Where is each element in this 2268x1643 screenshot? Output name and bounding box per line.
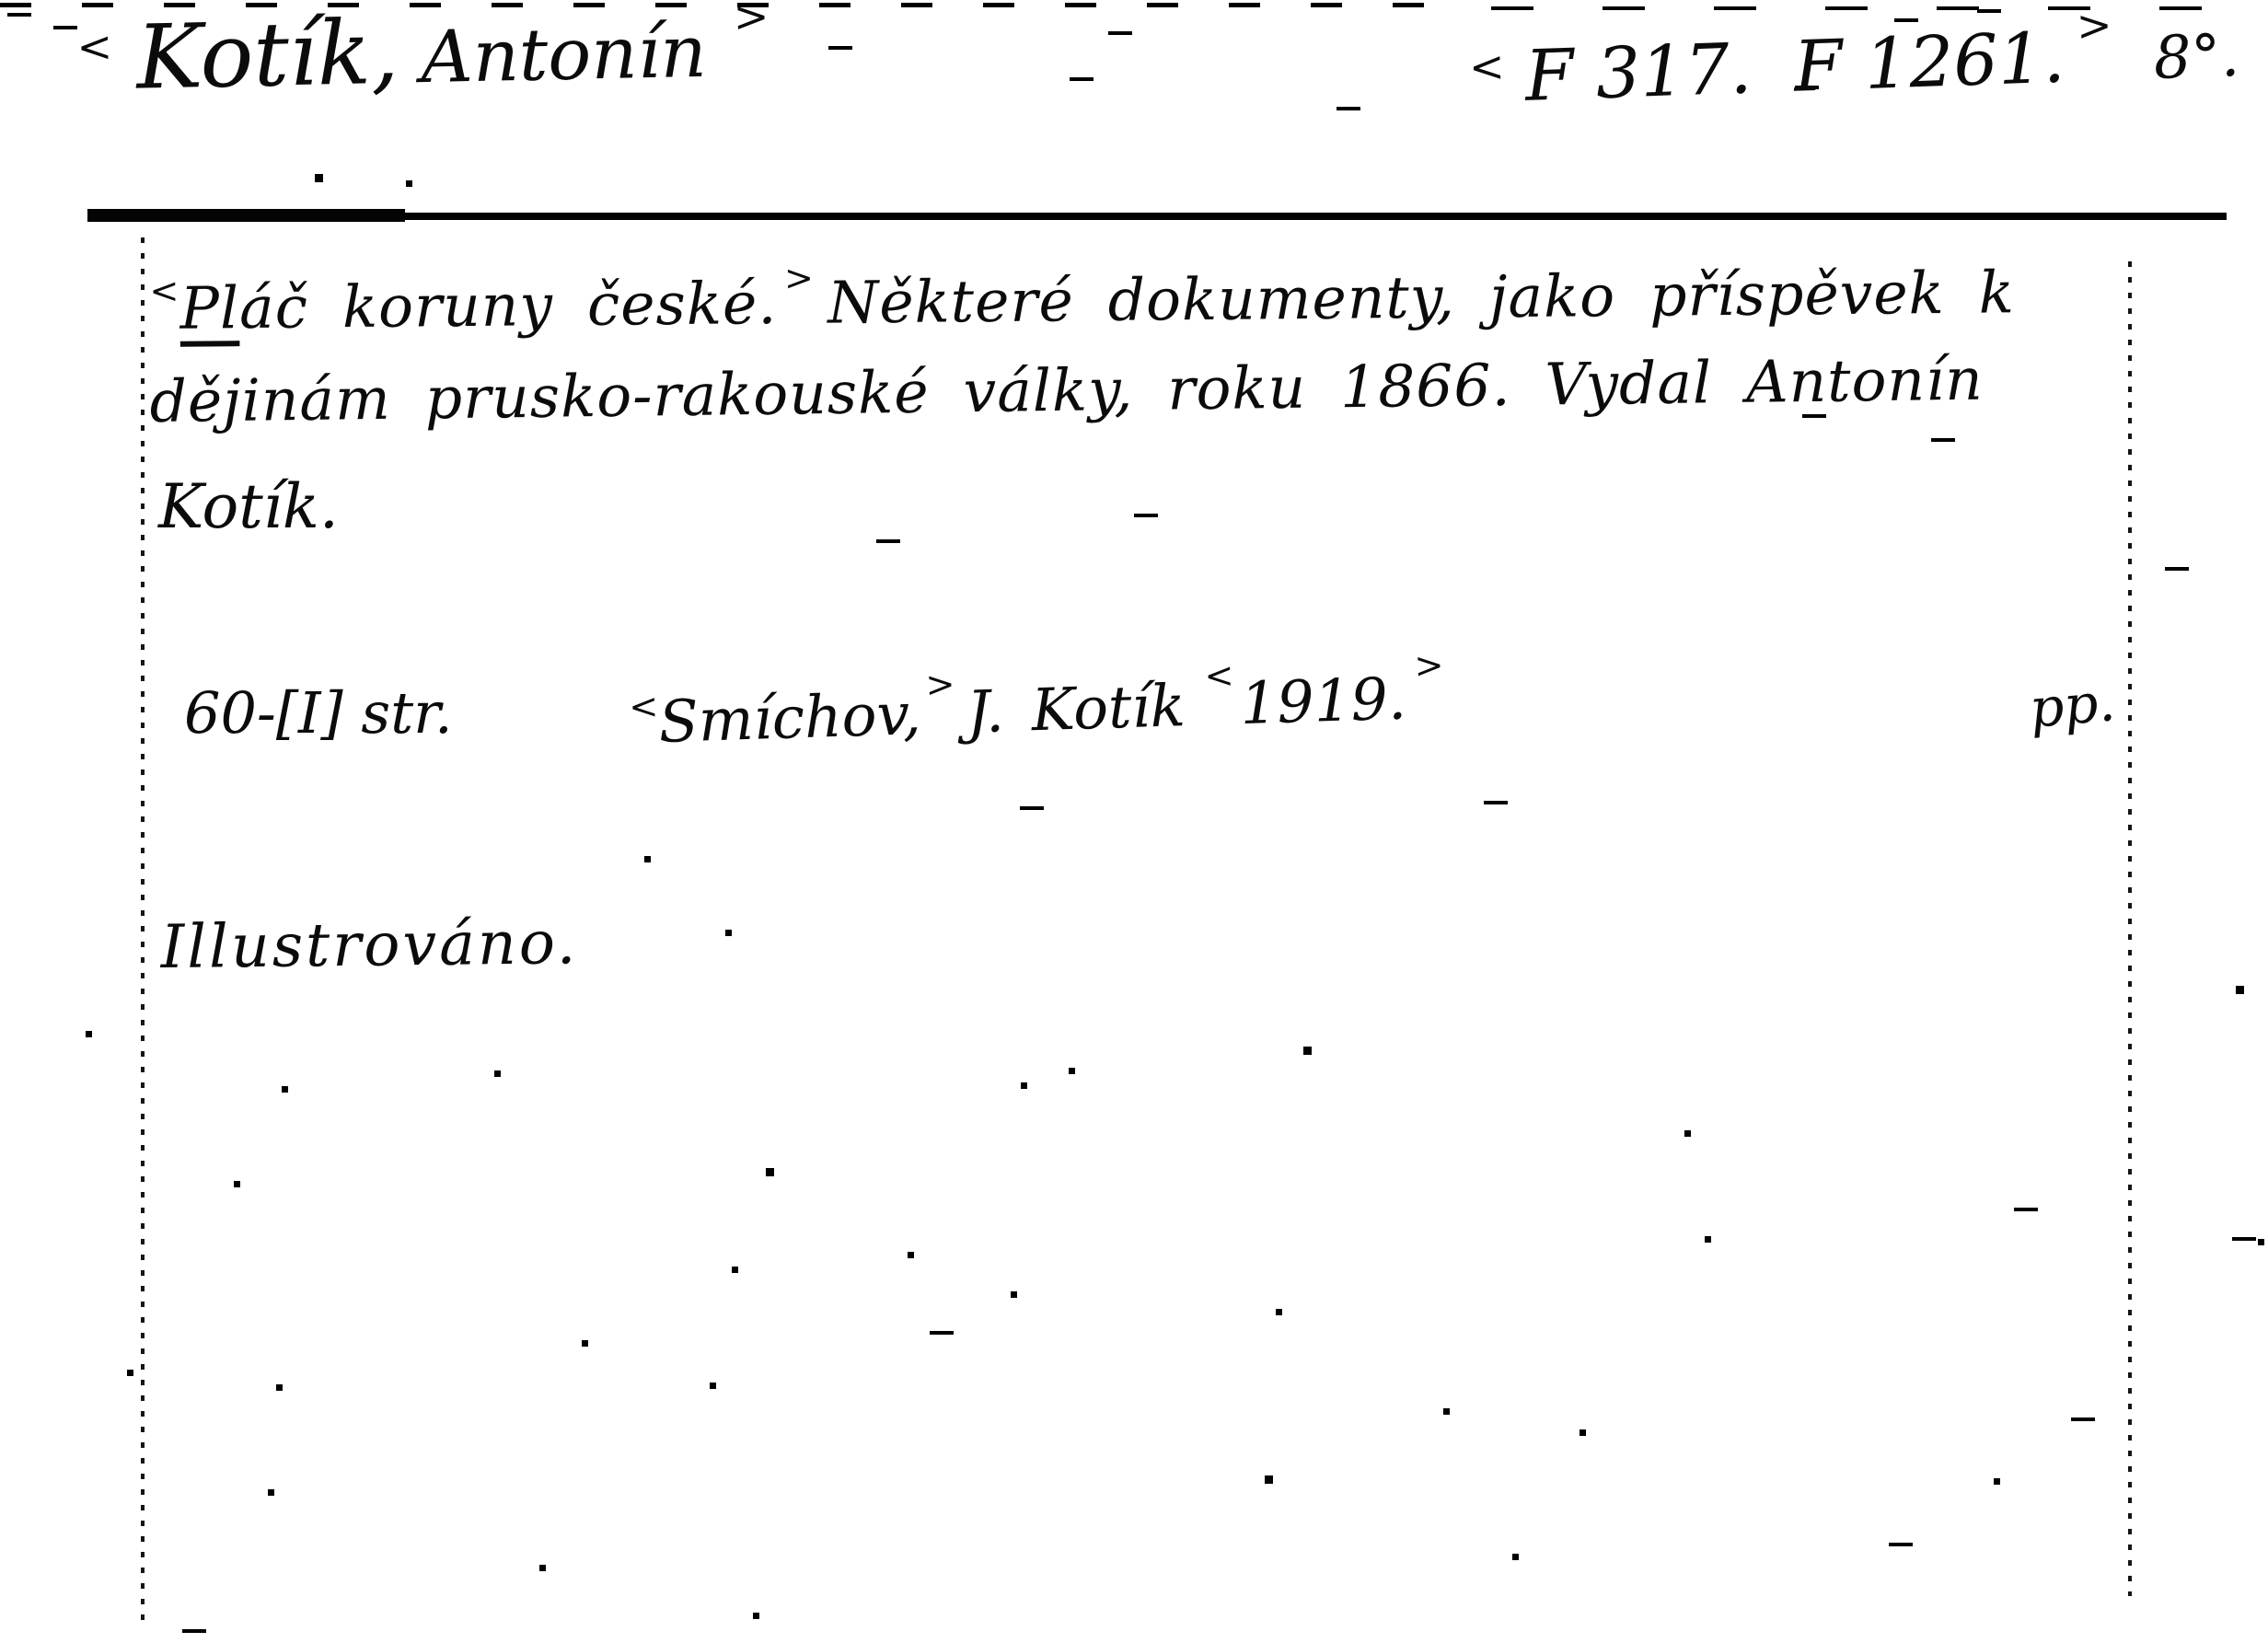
title-underlined-letters: Pl (179, 274, 239, 342)
author-heading: <Kotík,Antonín> (76, 0, 771, 110)
right-margin-dotted-line (2128, 261, 2132, 1596)
angle-bracket-open-icon: < (1468, 41, 1505, 92)
angle-bracket-open-icon: < (629, 686, 659, 727)
marginal-note-pp: pp. (2027, 670, 2117, 740)
angle-bracket-close-icon: > (733, 0, 769, 41)
header-rule (87, 213, 2227, 220)
title-text: áč koruny české. (239, 270, 778, 341)
shelfmark-first: F 317. (1523, 27, 1753, 117)
subtitle-text: Některé dokumenty, jako příspěvek k (827, 259, 2015, 336)
left-margin-dotted-line (141, 237, 145, 1623)
angle-bracket-close-icon: > (1414, 644, 1444, 686)
angle-bracket-close-icon: > (925, 664, 955, 705)
header-rule-thick-segment (87, 209, 405, 222)
angle-bracket-close-icon: > (2076, 0, 2112, 51)
imprint-place: Smíchov, (658, 680, 922, 756)
imprint-year: 1919. (1239, 665, 1407, 738)
angle-bracket-open-icon: < (149, 271, 179, 311)
title-line-1: <Pláč koruny české.>Některé dokumenty, j… (149, 247, 2015, 342)
angle-bracket-open-icon: < (1204, 654, 1234, 696)
illustration-note: Illustrováno. (160, 908, 579, 982)
title-line-2: dějinám prusko-rakouské války, roku 1866… (149, 346, 1984, 435)
scan-noise-dashes (0, 0, 24, 4)
angle-bracket-open-icon: < (76, 21, 113, 72)
shelfmark-second: F 1261. (1792, 16, 2065, 107)
scan-noise-specks (0, 0, 3, 3)
author-forename: Antonín (420, 11, 707, 99)
shelfmark: <F 317.F 1261.>8°. (1467, 0, 2240, 119)
collation-statement: 60-[I] str. (184, 679, 453, 746)
format-statement: 8°. (2153, 22, 2241, 93)
imprint-publisher: J. Kotík (966, 672, 1186, 746)
author-surname: Kotík, (135, 1, 399, 110)
title-line-3: Kotík. (158, 471, 339, 542)
catalog-card: <Kotík,Antonín> <F 317.F 1261.>8°. <Pláč… (0, 0, 2268, 1643)
angle-bracket-close-icon: > (784, 258, 815, 298)
imprint-statement: <Smíchov,>J. Kotík<1919.> (628, 644, 1446, 757)
